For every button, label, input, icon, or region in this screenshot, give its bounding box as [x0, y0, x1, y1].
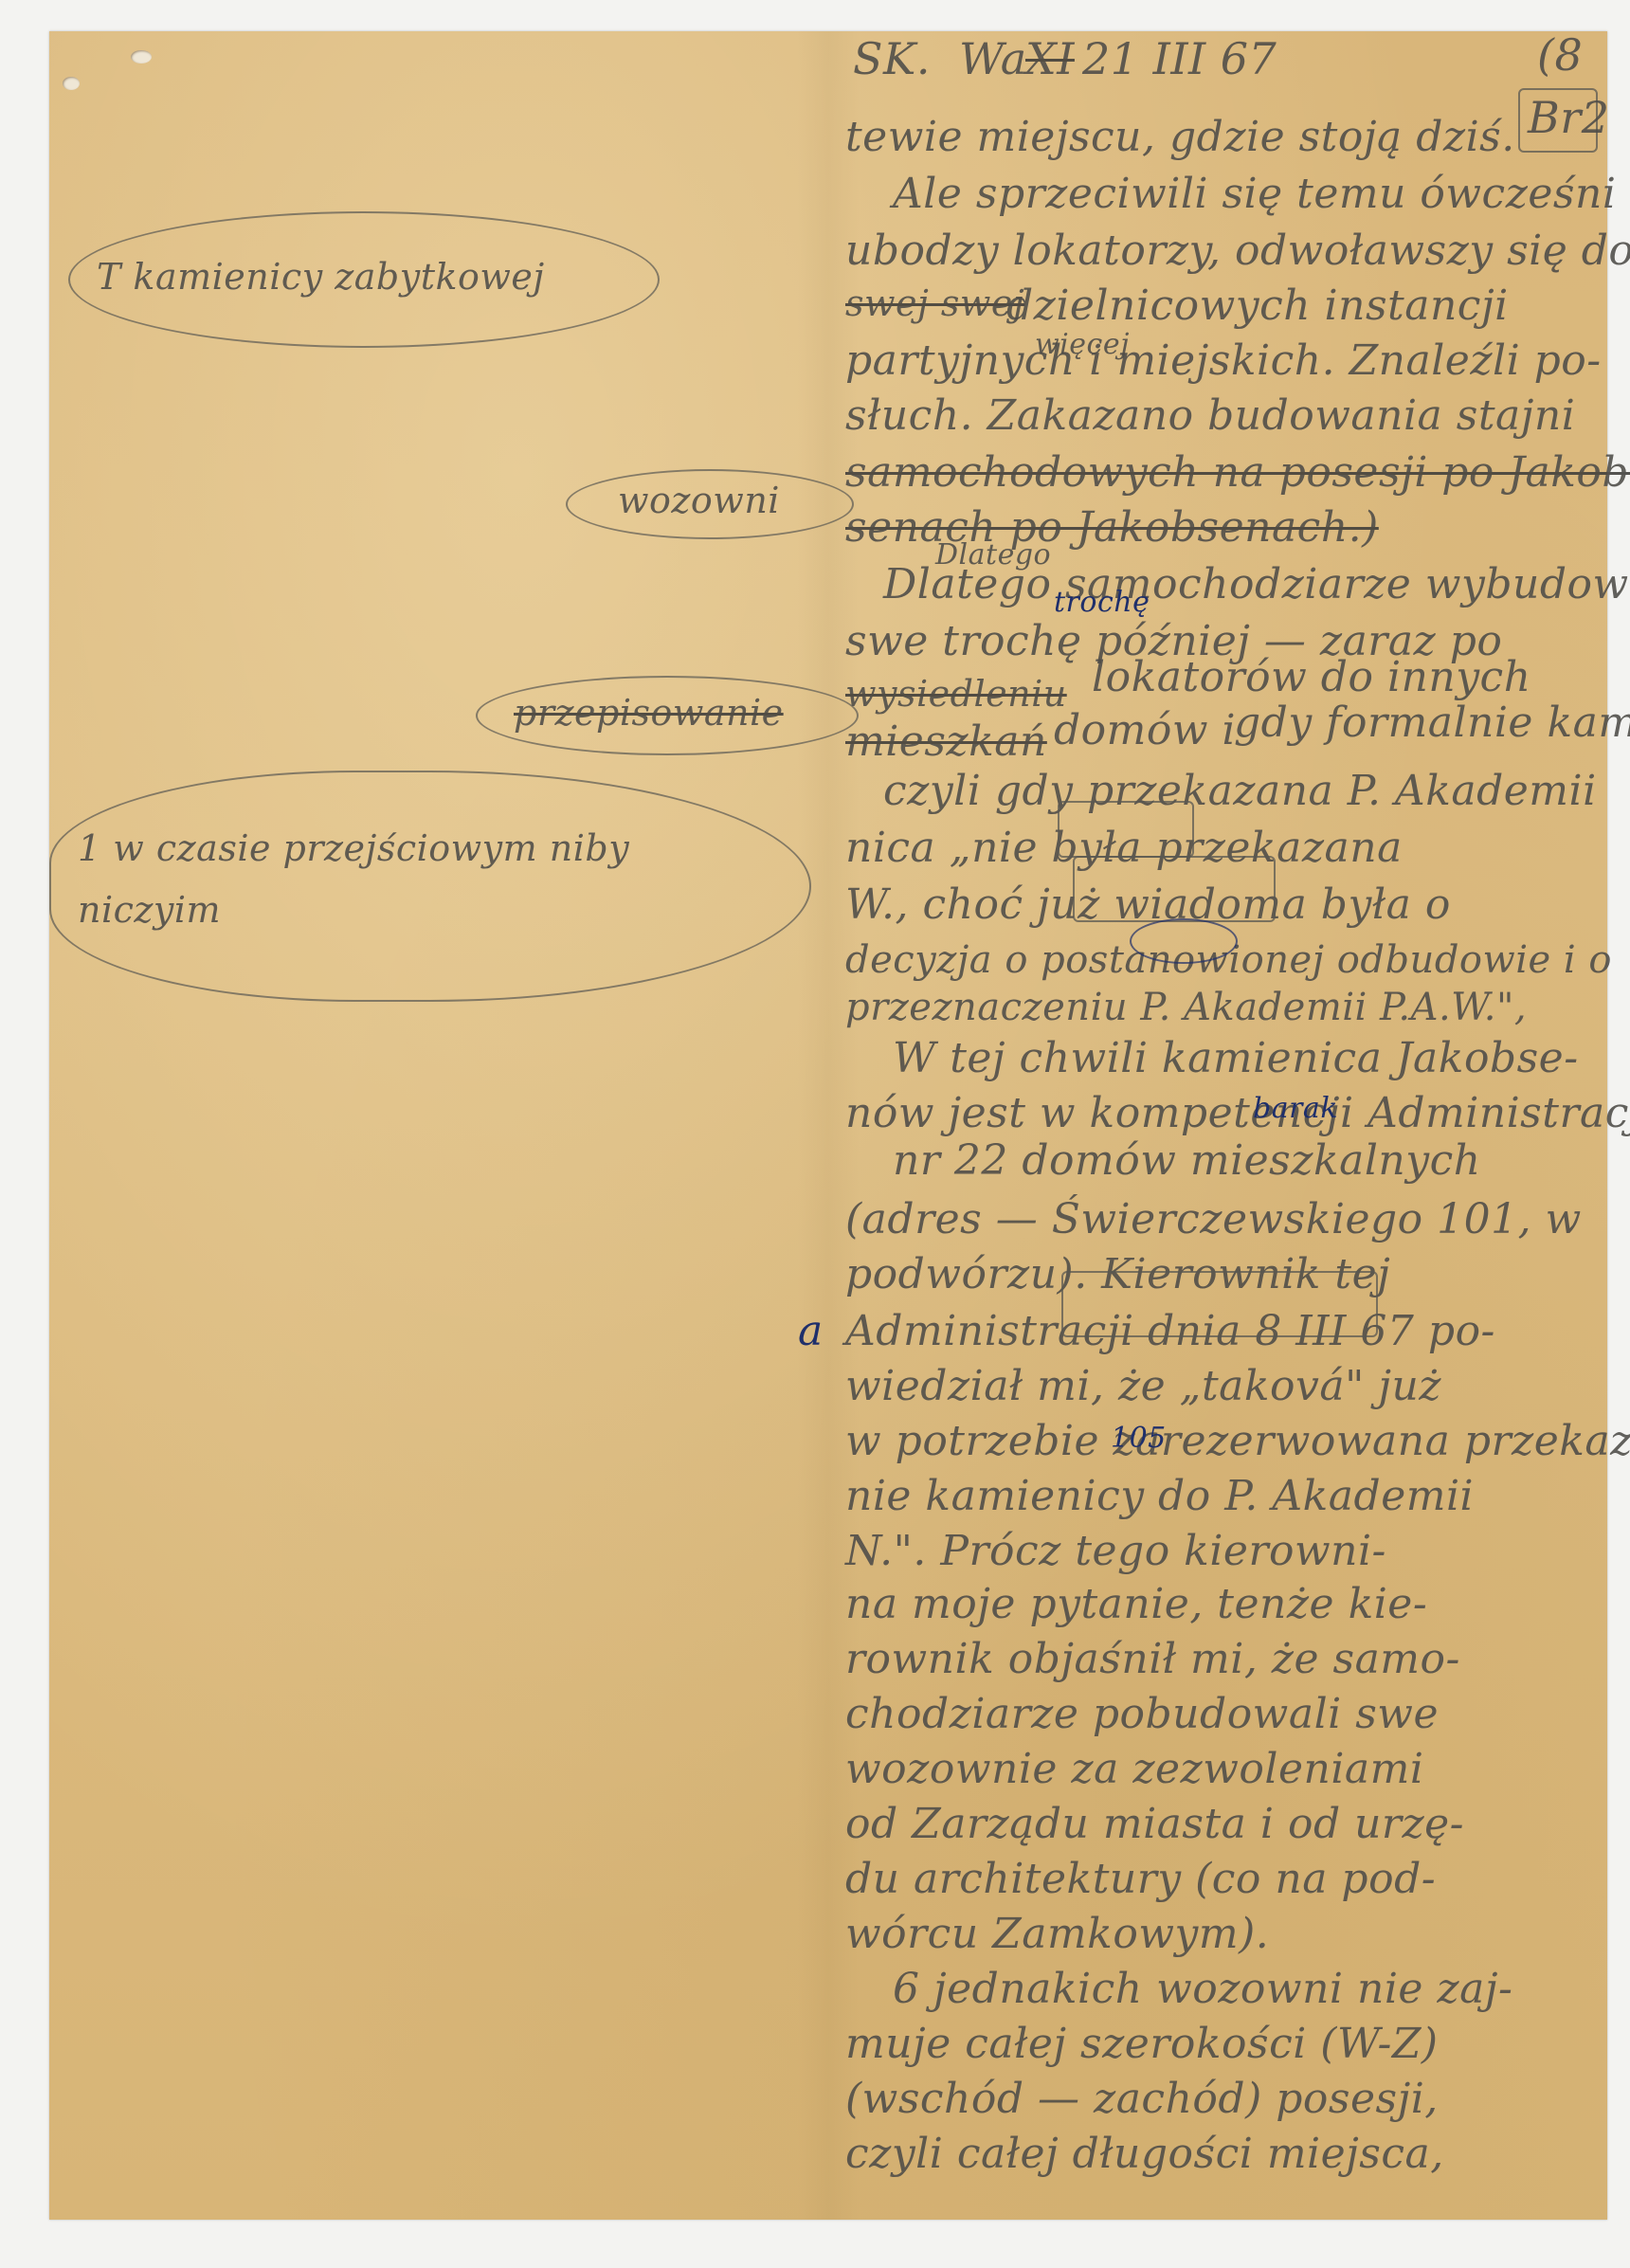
punch-hole — [63, 77, 80, 90]
body-line: wórcu Zamkowym). — [845, 1914, 1269, 1955]
struck-word: wysiedleniu — [845, 676, 1067, 712]
body-line: Ale sprzeciwili się temu ówcześni — [893, 173, 1616, 215]
body-line: dzielnicowych instancji — [1006, 285, 1509, 327]
margin-note-3: przepisowanie — [514, 695, 784, 731]
body-line: Dlatego samochodziarze wybudowali — [883, 564, 1630, 606]
body-line: du architektury (co na pod- — [845, 1859, 1436, 1900]
body-line: od Zarządu miasta i od urzę- — [845, 1804, 1464, 1845]
body-line: chodziarze pobudowali swe — [845, 1694, 1439, 1735]
ink-insertion: barak — [1253, 1095, 1338, 1123]
body-line: tewie miejscu, gdzie stoją dziś. — [845, 117, 1515, 158]
header-signature: SK. — [853, 37, 931, 81]
margin-note-1: T kamienicy zabytkowej — [97, 259, 545, 295]
body-line: wiedział mi, że „taková" już — [845, 1366, 1441, 1407]
archive-code: Br2 — [1528, 96, 1610, 139]
punch-hole — [131, 50, 152, 64]
page-number: (8 — [1537, 33, 1583, 77]
body-line: przeznaczeniu P. Akademii P.A.W.", — [845, 989, 1527, 1026]
margin-note-4: 1 w czasie przejściowym niby niczyim — [78, 818, 760, 940]
body-line: nów jest w kompetencji Administracji — [845, 1093, 1630, 1134]
body-line: N.". Prócz tego kierowni- — [845, 1531, 1386, 1572]
ink-insertion: a — [798, 1311, 824, 1352]
body-line: nie kamienicy do P. Akademii — [845, 1476, 1474, 1517]
body-line: W tej chwili kamienica Jakobse- — [893, 1038, 1579, 1080]
body-line: słuch. Zakazano budowania stajni — [845, 395, 1575, 437]
ink-insertion: 105 — [1111, 1424, 1167, 1453]
ink-circle — [1130, 918, 1238, 964]
boxed-word — [1073, 856, 1276, 922]
manuscript-sheet: SK. Wa XI 21 III 67 (8 Br2 tewie miejscu… — [49, 31, 1607, 2220]
body-line: na moje pytanie, tenże kie- — [845, 1584, 1427, 1625]
body-line: partyjnych i miejskich. Znaleźli po- — [845, 340, 1602, 382]
body-line: muje całej szerokości (W-Z) — [845, 2023, 1439, 2065]
header-place: Wa — [959, 37, 1027, 81]
body-line: wozownie za zezwoleniami — [845, 1749, 1423, 1790]
body-line: w potrzebie zarezerwowana przekaza- — [845, 1421, 1630, 1462]
margin-note-2: wozowni — [618, 482, 780, 518]
body-line: czyli gdy przekazana P. Akademii — [883, 771, 1597, 812]
inserted-word: więcej — [1035, 331, 1130, 359]
body-line: gdy formalnie kamie- — [1234, 702, 1630, 744]
ink-insertion: trochę — [1054, 589, 1150, 617]
body-line: lokatorów do innych — [1092, 657, 1531, 699]
body-line: nr 22 domów mieszkalnych — [893, 1140, 1481, 1182]
body-line: 6 jednakich wozowni nie zaj- — [893, 1969, 1512, 2010]
header-struck-numeral: XI — [1025, 37, 1075, 81]
body-line: senach po Jakobsenach.) — [845, 507, 1379, 549]
boxed-word — [1058, 801, 1194, 858]
struck-word: mieszkań — [845, 721, 1047, 763]
body-line: czyli całej długości miejsca, — [845, 2133, 1444, 2175]
boxed-date — [1061, 1271, 1378, 1337]
body-line: samochodowych na posesji po Jakob- — [845, 452, 1630, 494]
struck-word: swej swej — [845, 285, 1024, 321]
body-line: rownik objaśnił mi, że samo- — [845, 1639, 1460, 1680]
header-date: 21 III 67 — [1082, 37, 1277, 81]
body-line: (adres — Świerczewskiego 101, w — [845, 1199, 1582, 1241]
body-line: ubodzy lokatorzy, odwoławszy się do — [845, 230, 1630, 272]
body-line: (wschód — zachód) posesji, — [845, 2078, 1439, 2120]
body-line: domów i — [1054, 710, 1236, 752]
